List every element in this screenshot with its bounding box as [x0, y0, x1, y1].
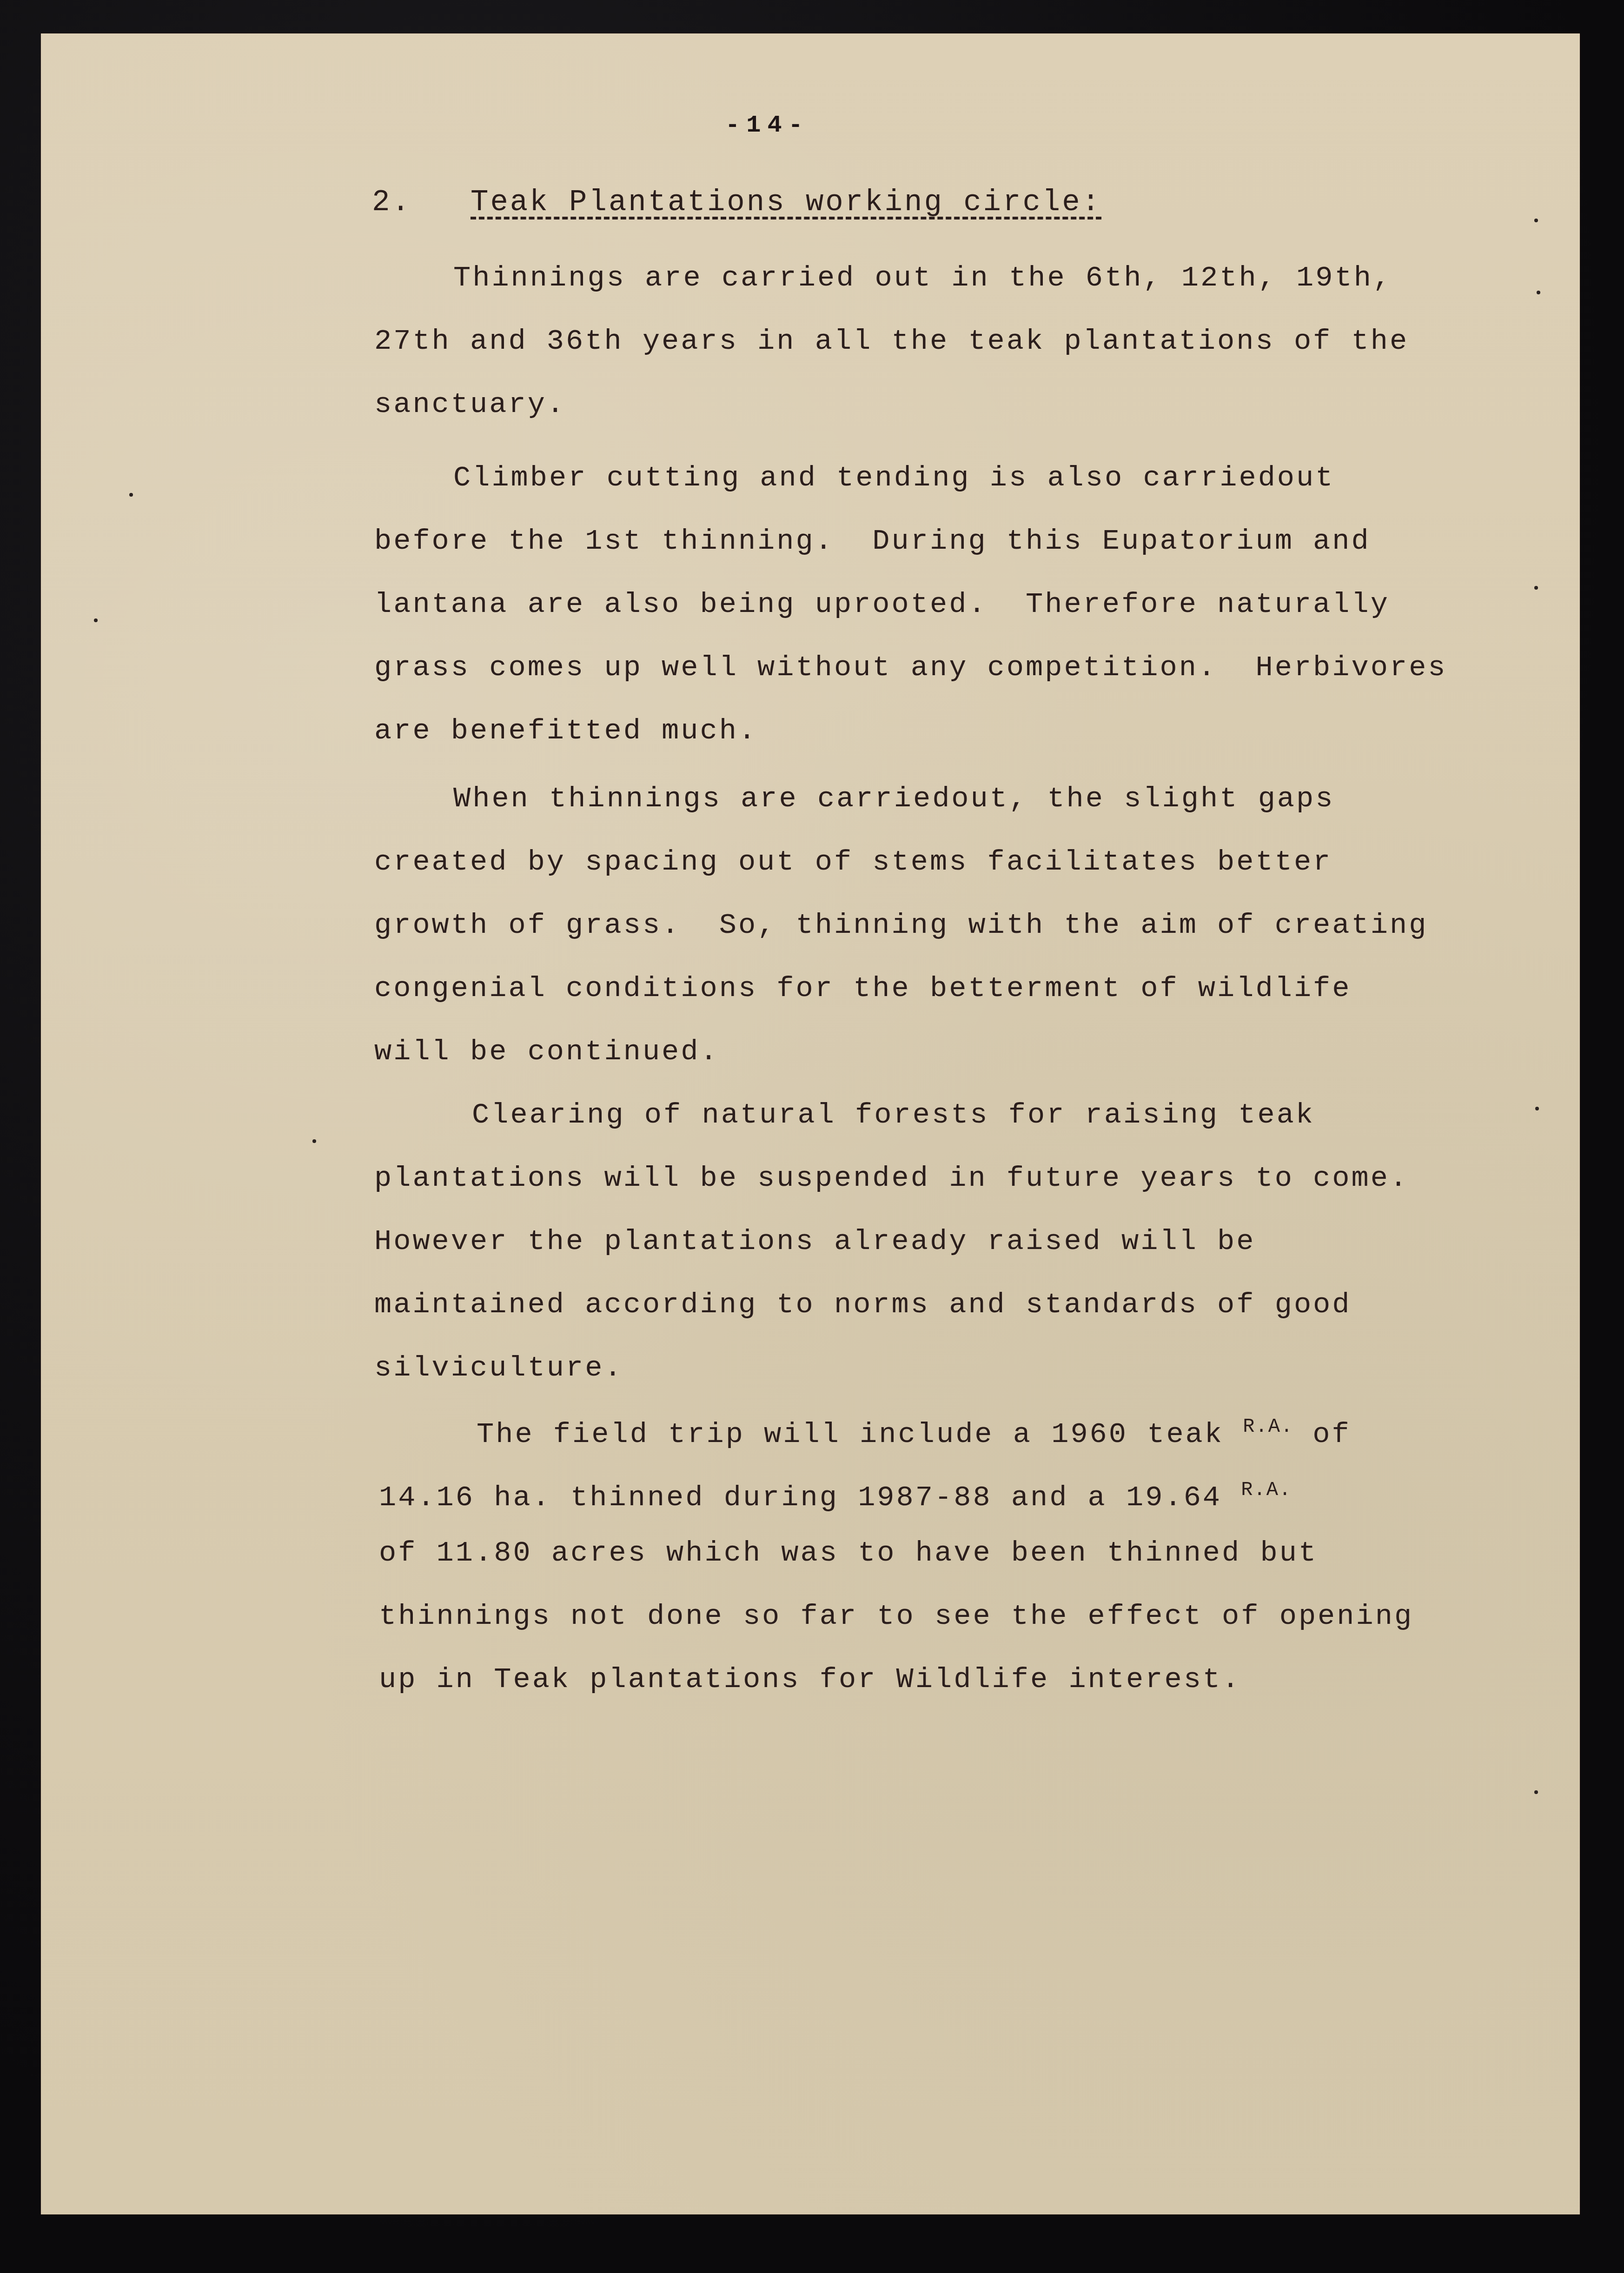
paper-speck: [94, 618, 98, 622]
ra-abbreviation: R.A.: [1241, 1479, 1292, 1501]
text-line: 27th and 36th years in all the teak plan…: [374, 310, 1444, 373]
paragraph-thinnings-schedule: Thinnings are carried out in the 6th, 12…: [374, 246, 1444, 436]
paper-speck: [1534, 586, 1538, 590]
paragraph-thinning-gaps: When thinnings are carriedout, the sligh…: [374, 767, 1444, 1083]
paper-speck: [1537, 291, 1540, 294]
paper-speck: [1534, 219, 1538, 222]
text-line: However the plantations already raised w…: [374, 1210, 1444, 1273]
text-line: maintained according to norms and standa…: [374, 1273, 1444, 1336]
text-line: silviculture.: [374, 1336, 1444, 1400]
text-line: When thinnings are carriedout, the sligh…: [374, 767, 1444, 831]
text-line: are benefitted much.: [374, 699, 1444, 763]
ra-abbreviation: R.A.: [1243, 1416, 1293, 1438]
paragraph-climber-cutting: Climber cutting and tending is also carr…: [374, 446, 1444, 763]
text-line: growth of grass. So, thinning with the a…: [374, 894, 1444, 957]
text-line: congenial conditions for the betterment …: [374, 957, 1444, 1020]
paper-speck: [1535, 1107, 1539, 1110]
paragraph-clearing-natural-forests: Clearing of natural forests for raising …: [374, 1083, 1444, 1400]
section-heading: 2. Teak Plantations working circle:: [372, 186, 1101, 219]
text-line: The field trip will include a 1960 teak …: [379, 1395, 1448, 1458]
text-line: created by spacing out of stems facilita…: [374, 831, 1444, 894]
text-line: of 11.80 acres which was to have been th…: [379, 1522, 1448, 1585]
section-number: 2.: [372, 186, 411, 219]
paper-speck: [1534, 1790, 1538, 1794]
section-title: Teak Plantations working circle:: [471, 186, 1101, 219]
text-line: lantana are also being uprooted. Therefo…: [374, 573, 1444, 636]
text-line: Climber cutting and tending is also carr…: [374, 446, 1444, 510]
text-line: thinnings not done so far to see the eff…: [379, 1585, 1448, 1648]
text-line: sanctuary.: [374, 373, 1444, 436]
text-line: will be continued.: [374, 1020, 1444, 1083]
paragraph-field-trip: The field trip will include a 1960 teak …: [379, 1395, 1448, 1711]
text-line: grass comes up well without any competit…: [374, 636, 1444, 699]
page-number: -14-: [725, 112, 809, 139]
text-line: up in Teak plantations for Wildlife inte…: [379, 1648, 1448, 1711]
text-line: 14.16 ha. thinned during 1987-88 and a 1…: [379, 1458, 1448, 1522]
text-line: Clearing of natural forests for raising …: [374, 1083, 1444, 1147]
paper-speck: [312, 1139, 316, 1143]
text-line: before the 1st thinning. During this Eup…: [374, 510, 1444, 573]
paper-speck: [129, 493, 133, 497]
text-line: Thinnings are carried out in the 6th, 12…: [374, 246, 1444, 310]
text-line: plantations will be suspended in future …: [374, 1147, 1444, 1210]
